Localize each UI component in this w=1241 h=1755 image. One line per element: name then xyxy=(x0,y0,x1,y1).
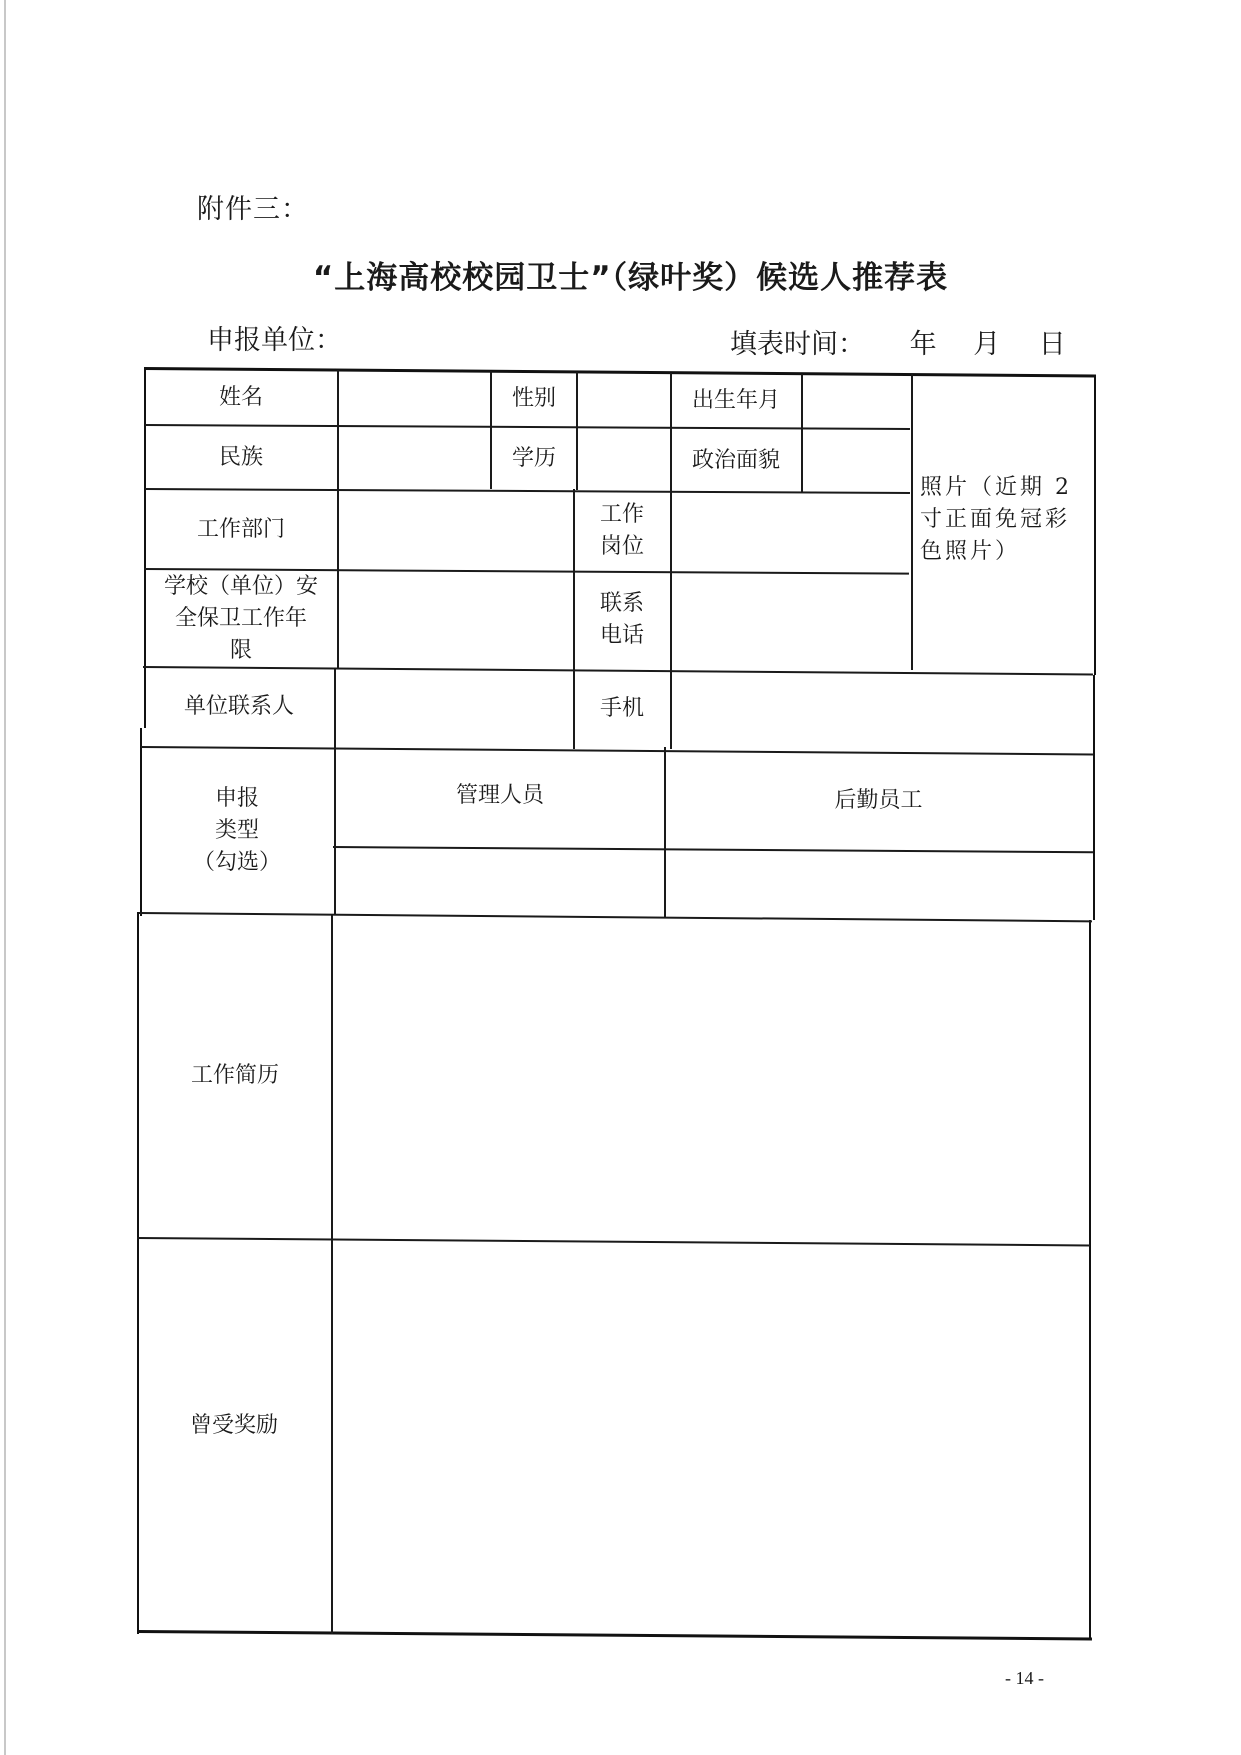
position-label-line2: 岗位 xyxy=(600,531,644,563)
date-day[interactable]: 日 xyxy=(1039,322,1066,361)
department-label: 工作部门 xyxy=(146,491,336,569)
category-logistics-checkbox[interactable] xyxy=(666,852,1090,914)
education-label: 学历 xyxy=(492,428,576,490)
work-history-label: 工作简历 xyxy=(140,915,330,1237)
political-field[interactable] xyxy=(804,431,909,491)
ethnicity-field[interactable] xyxy=(340,428,488,488)
service-years-label: 学校（单位）安 全保卫工作年 限 xyxy=(146,571,336,667)
position-label-line1: 工作 xyxy=(600,499,644,531)
category-manager-checkbox[interactable] xyxy=(336,850,662,912)
service-years-line1: 学校（单位）安 xyxy=(164,571,318,603)
service-years-line2: 全保卫工作年 xyxy=(175,603,307,635)
position-label: 工作 岗位 xyxy=(575,491,669,571)
category-option-logistics: 后勤员工 xyxy=(666,753,1091,848)
table-border-right-lower xyxy=(1089,920,1091,1640)
page-title: “上海高校校园卫士”（绿叶奖）候选人推荐表 xyxy=(0,252,1241,297)
birth-field[interactable] xyxy=(804,374,909,426)
department-field[interactable] xyxy=(340,492,570,568)
contact-person-label: 单位联系人 xyxy=(144,669,334,745)
phone-label: 联系 电话 xyxy=(575,572,669,668)
service-years-line3: 限 xyxy=(230,635,252,667)
col-line-label xyxy=(337,370,339,668)
name-field[interactable] xyxy=(340,372,488,424)
gender-label: 性别 xyxy=(492,371,576,427)
table-border-right-upper xyxy=(1094,375,1096,675)
category-label: 申报 类型 （勾选） xyxy=(142,749,332,913)
col-line-photo xyxy=(911,374,913,670)
ethnicity-label: 民族 xyxy=(146,427,336,489)
name-label: 姓名 xyxy=(146,370,336,425)
col-line-gender-value xyxy=(576,372,578,490)
gender-field[interactable] xyxy=(579,372,669,424)
service-years-field[interactable] xyxy=(340,572,570,666)
applicant-unit-field[interactable] xyxy=(340,315,680,351)
phone-label-line1: 联系 xyxy=(600,588,644,620)
fill-date-label: 填表时间： xyxy=(730,322,865,361)
education-field[interactable] xyxy=(579,429,669,489)
category-label-line3: （勾选） xyxy=(193,847,281,879)
annex-label: 附件三： xyxy=(197,187,309,226)
phone-field[interactable] xyxy=(673,574,909,668)
category-label-line1: 申报 xyxy=(215,783,259,815)
category-label-line2: 类型 xyxy=(215,815,259,847)
political-label: 政治面貌 xyxy=(672,430,800,492)
fill-date: 填表时间： 年 月 日 xyxy=(730,322,1066,361)
date-month[interactable]: 月 xyxy=(973,322,1000,361)
mobile-label: 手机 xyxy=(575,670,669,748)
birth-label: 出生年月 xyxy=(672,373,800,429)
awards-label: 曾受奖励 xyxy=(139,1240,329,1632)
page-number: - 14 - xyxy=(1005,1668,1044,1689)
phone-label-line2: 电话 xyxy=(600,620,644,652)
date-year[interactable]: 年 xyxy=(910,322,937,361)
work-history-field[interactable] xyxy=(334,918,1088,1236)
col-line-birth-value xyxy=(801,374,803,492)
category-option-manager: 管理人员 xyxy=(336,752,664,844)
col-line-label-lower xyxy=(331,914,333,1634)
table-border-right-mid xyxy=(1093,675,1095,920)
applicant-unit-label: 申报单位： xyxy=(207,318,342,357)
contact-person-field[interactable] xyxy=(338,670,570,746)
awards-field[interactable] xyxy=(334,1242,1088,1632)
mobile-field[interactable] xyxy=(673,672,1091,746)
photo-placeholder[interactable]: 照片（近期 2 寸正面免冠彩色照片） xyxy=(920,470,1090,570)
position-field[interactable] xyxy=(673,493,909,569)
